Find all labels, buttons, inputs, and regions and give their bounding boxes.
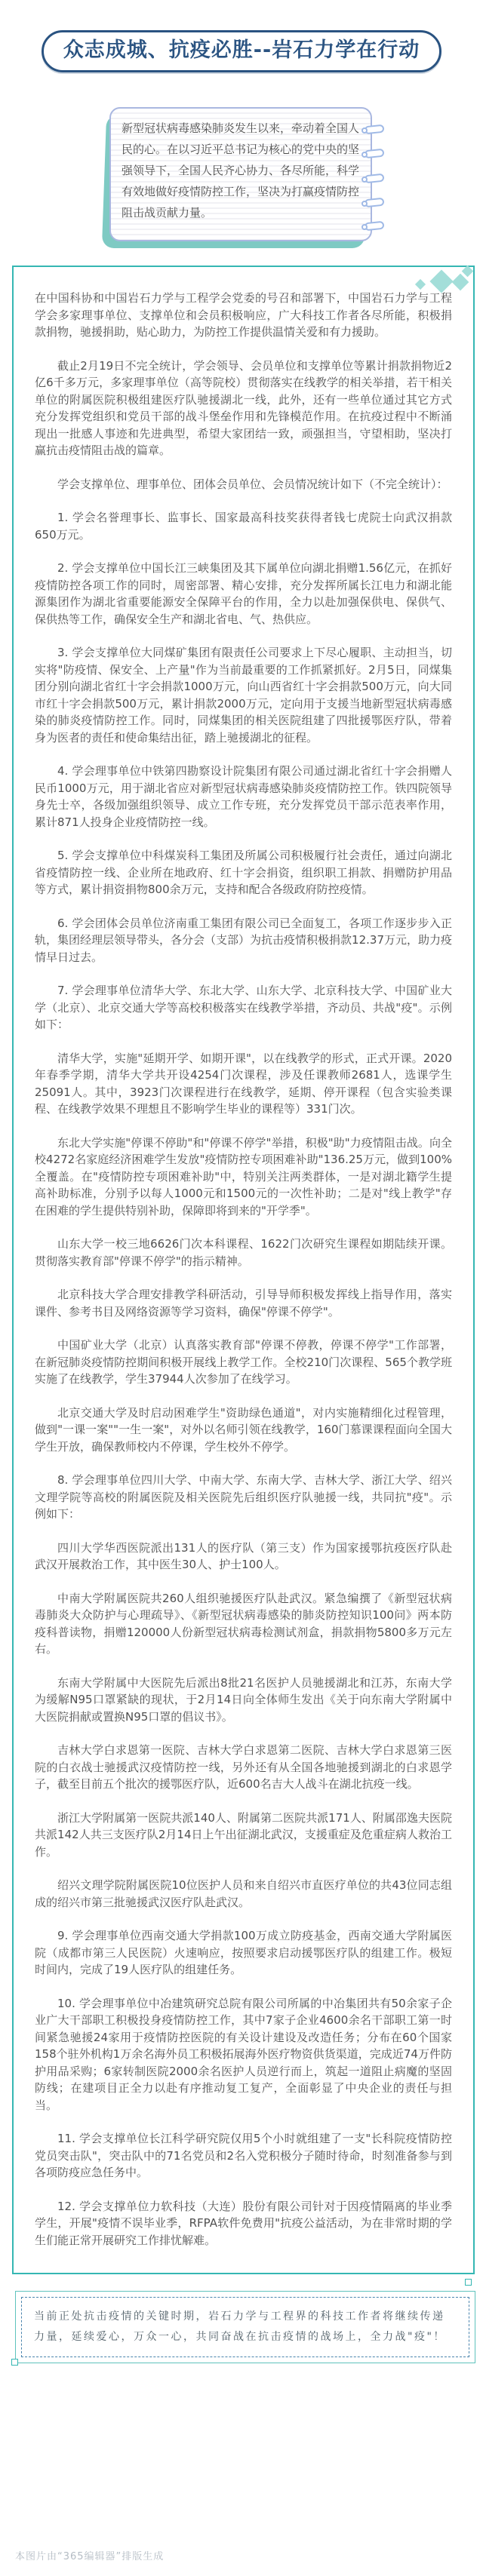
article-paragraph: 11. 学会支撑单位长江科学研究院仅用5个小时就组建了一支"长科院疫情防控党员突…	[35, 2130, 452, 2181]
article-paragraph: 中国矿业大学（北京）认真落实教育部"停课不停教，停课不停学"工作部署，在新冠肺炎…	[35, 1337, 452, 1388]
binder-ring-icon	[361, 198, 384, 207]
article-paragraph: 东北大学实施"停课不停助"和"停课不停学"举措，积极"助"力疫情阻击战。向全校4…	[35, 1134, 452, 1220]
article-paragraph: 东南大学附属中大医院先后派出8批21名医护人员驰援湖北和江苏，东南大学为缓解N9…	[35, 1675, 452, 1726]
article-paragraph: 1. 学会名誉理事长、监事长、国家最高科技奖获得者钱七虎院士向武汉捐款650万元…	[35, 509, 452, 543]
article-paragraph: 4. 学会理事单位中铁第四勘察设计院集团有限公司通过湖北省红十字会捐赠人民币10…	[35, 763, 452, 831]
article-paragraph: 北京交通大学及时启动困难学生"资助绿色通道"，对内实施精细化过程管理，做到"一课…	[35, 1405, 452, 1456]
binder-ring-icon	[361, 222, 384, 231]
intro-note-card: 新型冠状病毒感染肺炎发生以来，牵动着全国人民的心。在以习近平总书记为核心的党中央…	[109, 107, 372, 241]
binder-ring-icon	[361, 174, 384, 183]
article-paragraph: 5. 学会支撑单位中科煤炭科工集团及所属公司积极履行社会责任，通过向湖北省疫情防…	[35, 847, 452, 898]
footer-credit: 本图片由“365编辑器”排版生成	[15, 2548, 164, 2562]
intro-card-zone: 新型冠状病毒感染肺炎发生以来，牵动着全国人民的心。在以习近平总书记为核心的党中央…	[0, 107, 483, 255]
corner-square-icon	[465, 2279, 472, 2286]
binder-ring-icon	[361, 149, 384, 158]
article-paragraph: 北京科技大学合理安排教学科研活动，引导导师积极发挥线上指导作用，落实课件、参考书…	[35, 1286, 452, 1320]
article-paragraph: 在中国科协和中国岩石力学与工程学会党委的号召和部署下，中国岩石力学与工程学会多家…	[35, 290, 452, 341]
title-banner: 众志成城、抗疫必胜--岩石力学在行动	[0, 0, 483, 72]
closing-note-text: 当前正处抗击疫情的关键时期，岩石力学与工程界的科技工作者将继续传递力量，延续爱心…	[21, 2297, 469, 2357]
article-paragraph: 2. 学会支撑单位中国长江三峡集团及其下属单位向湖北捐赠1.56亿元，在抓好疫情…	[35, 560, 452, 628]
article-box: 在中国科协和中国岩石力学与工程学会党委的号召和部署下，中国岩石力学与工程学会多家…	[12, 266, 475, 2274]
diamond-icon	[415, 279, 426, 290]
article-paragraph: 清华大学，实施"延期开学、如期开课"，以在线教学的形式，正式开课。2020年春季…	[35, 1050, 452, 1118]
article-paragraph: 9. 学会理事单位西南交通大学捐款100万成立防疫基金，西南交通大学附属医院（成…	[35, 1927, 452, 1979]
closing-note-box: 当前正处抗击疫情的关键时期，岩石力学与工程界的科技工作者将继续传递力量，延续爱心…	[15, 2291, 475, 2363]
title-pill-border: 众志成城、抗疫必胜--岩石力学在行动	[42, 30, 441, 72]
corner-square-icon	[11, 2359, 18, 2366]
article-paragraph: 绍兴文理学院附属医院10位医护人员和来自绍兴市直医疗单位的共43位同志组成的绍兴…	[35, 1877, 452, 1911]
article-paragraph: 6. 学会团体会员单位济南重工集团有限公司已全面复工，各项工作逐步步入正轨，集团…	[35, 915, 452, 966]
intro-note-text: 新型冠状病毒感染肺炎发生以来，牵动着全国人民的心。在以习近平总书记为核心的党中央…	[109, 107, 372, 241]
article-body: 在中国科协和中国岩石力学与工程学会党委的号召和部署下，中国岩石力学与工程学会多家…	[35, 290, 452, 2249]
article-paragraph: 截止2月19日不完全统计，学会领导、会员单位和支撑单位等累计捐款捐物近2亿6千多…	[35, 358, 452, 459]
article-paragraph: 四川大学华西医院派出131人的医疗队（第三支）作为国家援鄂抗疫医疗队赴武汉开展救…	[35, 1540, 452, 1574]
page-title: 众志成城、抗疫必胜--岩石力学在行动	[63, 38, 420, 63]
article-paragraph: 7. 学会理事单位清华大学、东北大学、山东大学、北京科技大学、中国矿业大学（北京…	[35, 982, 452, 1033]
article-paragraph: 浙江大学附属第一医院共派140人、附属第二医院共派171人、附属邵逸夫医院共派1…	[35, 1810, 452, 1861]
article-paragraph: 12. 学会支撑单位力软科技（大连）股份有限公司针对于因疫情隔离的毕业季学生，开…	[35, 2198, 452, 2249]
binder-ring-icon	[361, 125, 384, 134]
article-paragraph: 学会支撑单位、理事单位、团体会员单位、会员情况统计如下（不完全统计）：	[35, 476, 452, 493]
article-paragraph: 3. 学会支撑单位大同煤矿集团有限责任公司要求上下尽心履职、主动担当，切实将"防…	[35, 644, 452, 746]
article-paragraph: 山东大学一校三地6626门次本科课程、1622门次研究生课程如期陆续开课。贯彻落…	[35, 1236, 452, 1270]
article-paragraph: 中南大学附属医院共260人组织驰援医疗队赴武汉。紧急编撰了《新型冠状病毒肺炎大众…	[35, 1590, 452, 1658]
article-paragraph: 8. 学会理事单位四川大学、中南大学、东南大学、吉林大学、浙江大学、绍兴文理学院…	[35, 1472, 452, 1523]
diamond-icon	[462, 266, 474, 278]
article-paragraph: 吉林大学白求恩第一医院、吉林大学白求恩第二医院、吉林大学白求恩第三医院的白衣战士…	[35, 1742, 452, 1793]
article-paragraph: 10. 学会理事单位中冶建筑研究总院有限公司所属的中冶集团共有50余家子企业广大…	[35, 1995, 452, 2114]
